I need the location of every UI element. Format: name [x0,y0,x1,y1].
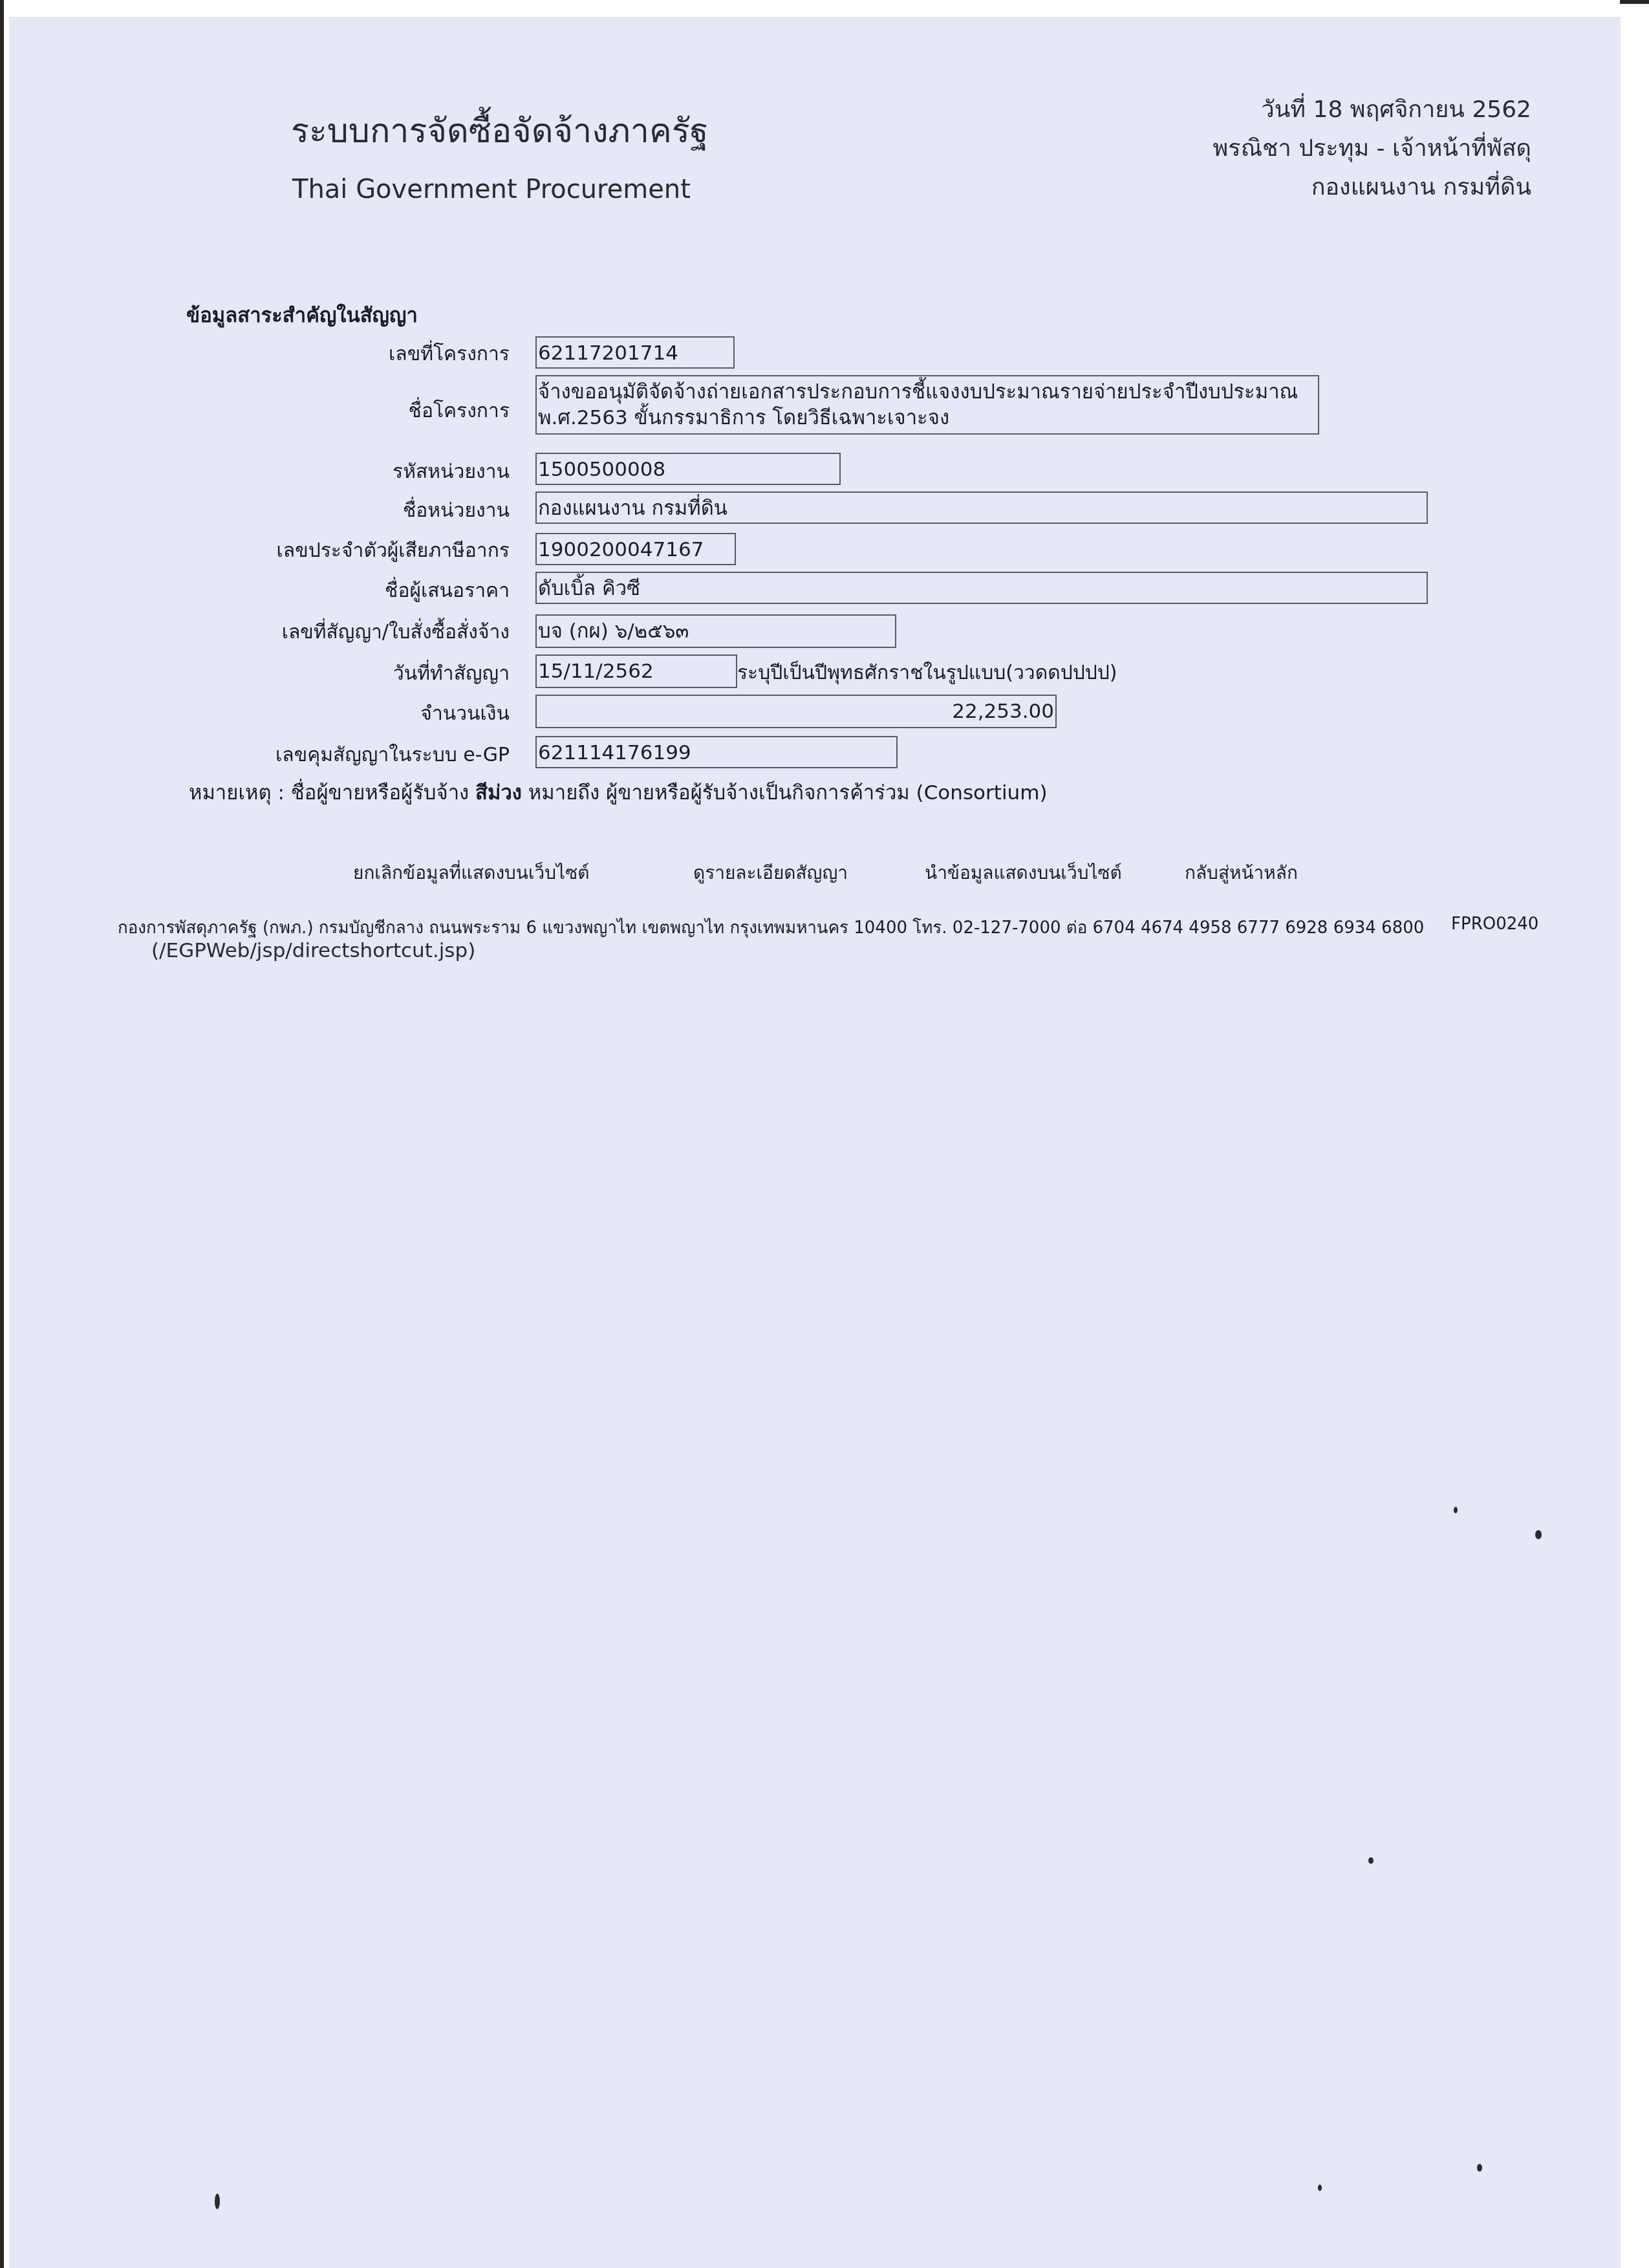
scan-edge-top [1620,0,1649,4]
contract-no-field[interactable]: บจ (กผ) ๖/๒๕๖๓ [535,614,896,648]
section-title: ข้อมูลสาระสำคัญในสัญญา [186,299,418,331]
bidder-name-label: ชื่อผู้เสนอราคา [173,576,510,606]
tax-id-label: เลขประจำตัวผู้เสียภาษีอากร [173,535,510,566]
scan-speck [1454,1507,1458,1513]
unit-name-label: ชื่อหน่วยงาน [173,495,510,526]
scan-speck [1368,1857,1374,1864]
amount-field[interactable]: 22,253.00 [535,695,1057,728]
egp-control-no-label: เลขคุมสัญญาในระบบ e-GP [173,740,510,770]
bidder-name-field[interactable]: ดับเบิ้ล คิวซี [535,572,1428,604]
contract-date-field[interactable]: 15/11/2562 [535,654,737,688]
consortium-note: หมายเหตุ : ชื่อผู้ขายหรือผู้รับจ้าง สีม่… [189,776,1048,808]
unit-code-field[interactable]: 1500500008 [535,453,841,485]
unit-name-field[interactable]: กองแผนงาน กรมที่ดิน [535,491,1428,524]
view-contract-details-link[interactable]: ดูรายละเอียดสัญญา [693,859,848,887]
note-highlight: สีม่วง [475,781,522,805]
publish-to-website-link[interactable]: นำข้อมูลแสดงบนเว็บไซต์ [925,859,1122,887]
tax-id-field[interactable]: 1900200047167 [535,533,736,565]
project-name-field[interactable]: จ้างขออนุมัติจัดจ้างถ่ายเอกสารประกอบการช… [535,375,1319,435]
project-name-label: ชื่อโครงการ [173,396,510,426]
page-path: (/EGPWeb/jsp/directshortcut.jsp) [151,939,475,962]
scan-edge-left [0,0,4,2268]
contract-date-format-hint: ระบุปีเป็นปีพุทธศักราชในรูปแบบ(ววดดปปปป) [737,658,1117,688]
system-title-english: Thai Government Procurement [292,175,691,204]
project-name-line-1: จ้างขออนุมัติจัดจ้างถ่ายเอกสารประกอบการช… [538,379,1317,405]
scan-speck [215,2194,220,2209]
scan-speck [1535,1530,1542,1539]
back-to-home-link[interactable]: กลับสู่หน้าหลัก [1185,859,1298,887]
system-title-thai: ระบบการจัดซื้อจัดจ้างภาครัฐ [291,103,708,157]
current-date: วันที่ 18 พฤศจิกายน 2562 [1213,91,1531,129]
unit-code-label: รหัสหน่วยงาน [173,457,510,487]
user-department: กองแผนงาน กรมที่ดิน [1213,168,1531,207]
note-prefix: หมายเหตุ : ชื่อผู้ขายหรือผู้รับจ้าง [189,781,475,805]
form-code: FPRO0240 [1451,914,1538,934]
project-no-field[interactable]: 62117201714 [535,336,735,369]
contract-date-label: วันที่ทำสัญญา [173,658,510,689]
scan-speck [1477,2164,1482,2172]
egp-control-no-field[interactable]: 621114176199 [535,736,898,768]
project-no-label: เลขที่โครงการ [173,339,510,369]
note-suffix: หมายถึง ผู้ขายหรือผู้รับจ้างเป็นกิจการค้… [522,781,1048,805]
amount-label: จำนวนเงิน [173,698,510,729]
project-name-line-2: พ.ศ.2563 ขั้นกรรมาธิการ โดยวิธีเฉพาะเจาะ… [538,405,1317,431]
user-name-role: พรณิชา ประทุม - เจ้าหน้าที่พัสดุ [1213,129,1531,168]
footer-address: กองการพัสดุภาครัฐ (กพภ.) กรมบัญชีกลาง ถน… [118,914,1424,941]
user-info-block: วันที่ 18 พฤศจิกายน 2562 พรณิชา ประทุม -… [1213,91,1531,207]
scan-speck [1318,2185,1322,2191]
cancel-display-link[interactable]: ยกเลิกข้อมูลที่แสดงบนเว็บไซต์ [353,859,589,887]
contract-no-label: เลขที่สัญญา/ใบสั่งซื้อสั่งจ้าง [173,617,510,647]
